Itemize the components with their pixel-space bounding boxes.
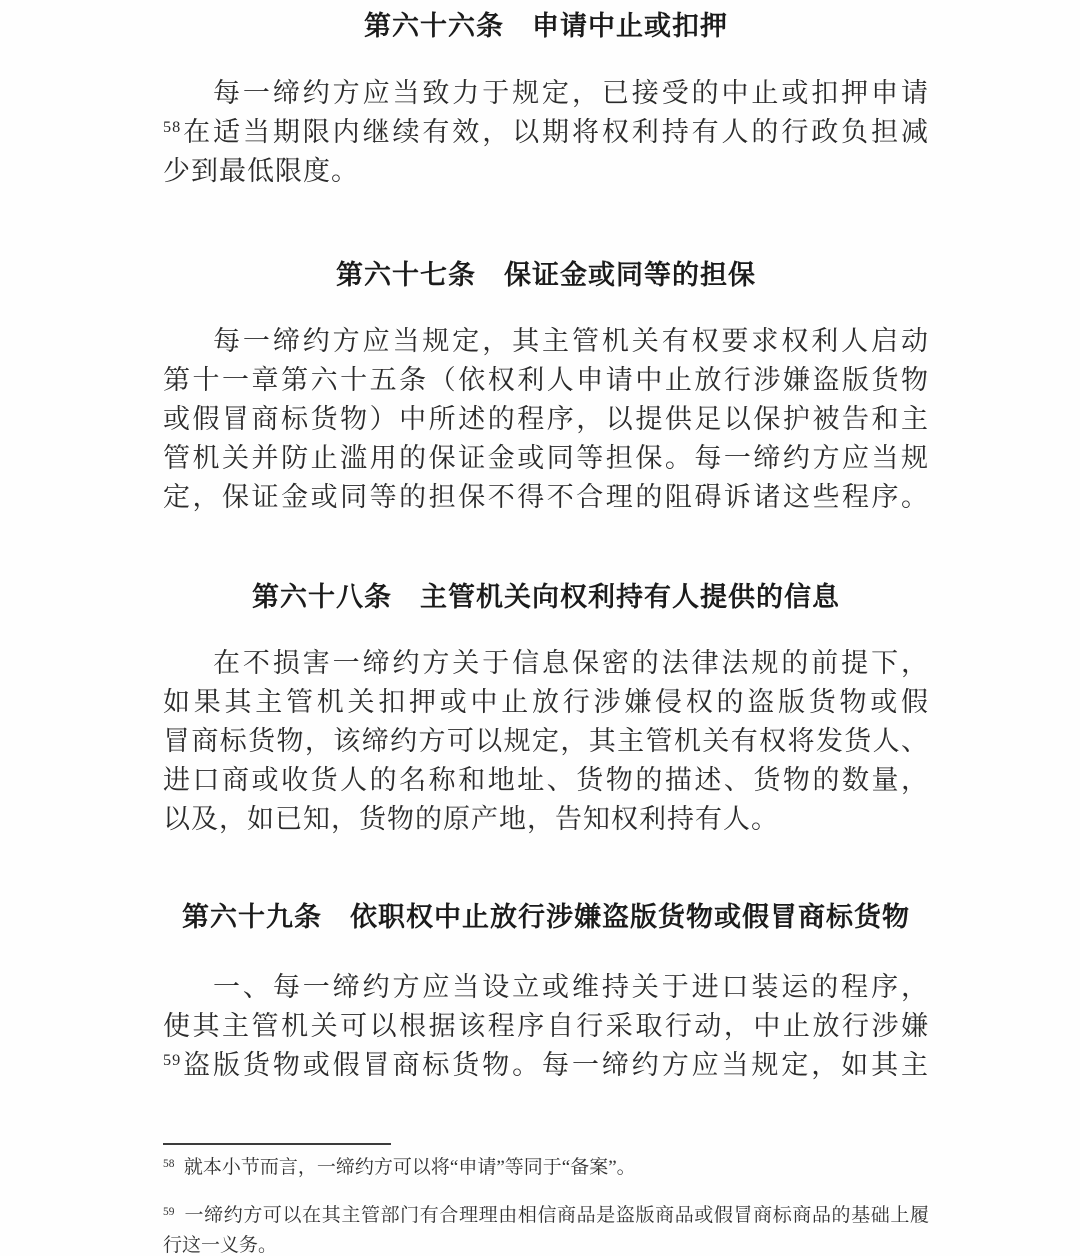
- text-line: 以及，如已知，货物的原产地，告知权利持有人。: [163, 800, 929, 839]
- article-66-paragraph: 每一缔约方应当致力于规定，已接受的中止或扣押申请58在适当期限内继续有效，以期将…: [163, 74, 929, 191]
- article-69-section: 第六十九条 依职权中止放行涉嫌盗版货物或假冒商标货物 一、每一缔约方应当设立或维…: [163, 897, 929, 1085]
- article-66-heading: 第六十六条 申请中止或扣押: [163, 6, 929, 46]
- text-line: 58在适当期限内继续有效，以期将权利持有人的行政负担减: [163, 113, 929, 152]
- article-66-section: 第六十六条 申请中止或扣押 每一缔约方应当致力于规定，已接受的中止或扣押申请58…: [163, 6, 929, 191]
- text-line: 第十一章第六十五条（依权利人申请中止放行涉嫌盗版货物: [163, 361, 929, 400]
- text-line: 行这一义务。: [163, 1231, 929, 1256]
- article-68-paragraph: 在不损害一缔约方关于信息保密的法律法规的前提下，如果其主管机关扣押或中止放行涉嫌…: [163, 644, 929, 839]
- text-line: 如果其主管机关扣押或中止放行涉嫌侵权的盗版货物或假: [163, 683, 929, 722]
- text-line: 少到最低限度。: [163, 152, 929, 191]
- text-line: 使其主管机关可以根据该程序自行采取行动，中止放行涉嫌: [163, 1007, 929, 1046]
- text-line: 管机关并防止滥用的保证金或同等担保。每一缔约方应当规: [163, 439, 929, 478]
- footnote-58: 58 就本小节而言，一缔约方可以将“申请”等同于“备案”。: [163, 1153, 929, 1183]
- footnote-59: 59 一缔约方可以在其主管部门有合理理由相信商品是盗版商品或假冒商标商品的基础上…: [163, 1201, 929, 1256]
- article-68-section: 第六十八条 主管机关向权利持有人提供的信息 在不损害一缔约方关于信息保密的法律法…: [163, 577, 929, 839]
- text-line: 一、每一缔约方应当设立或维持关于进口装运的程序，: [163, 968, 929, 1007]
- footnote-separator-rule: [163, 1143, 391, 1145]
- text-line: 59 一缔约方可以在其主管部门有合理理由相信商品是盗版商品或假冒商标商品的基础上…: [163, 1201, 929, 1231]
- article-69-heading: 第六十九条 依职权中止放行涉嫌盗版货物或假冒商标货物: [163, 897, 929, 937]
- article-68-heading: 第六十八条 主管机关向权利持有人提供的信息: [163, 577, 929, 617]
- text-line: 在不损害一缔约方关于信息保密的法律法规的前提下，: [163, 644, 929, 683]
- article-67-paragraph: 每一缔约方应当规定，其主管机关有权要求权利人启动第十一章第六十五条（依权利人申请…: [163, 322, 929, 517]
- footnote-ref: 59: [163, 1206, 174, 1218]
- text-line: 进口商或收货人的名称和地址、货物的描述、货物的数量，: [163, 761, 929, 800]
- text-line: 每一缔约方应当致力于规定，已接受的中止或扣押申请: [163, 74, 929, 113]
- text-line: 每一缔约方应当规定，其主管机关有权要求权利人启动: [163, 322, 929, 361]
- text-line: 58 就本小节而言，一缔约方可以将“申请”等同于“备案”。: [163, 1153, 929, 1183]
- article-67-heading: 第六十七条 保证金或同等的担保: [163, 255, 929, 295]
- footnotes-section: 58 就本小节而言，一缔约方可以将“申请”等同于“备案”。 59 一缔约方可以在…: [163, 1143, 929, 1256]
- article-67-section: 第六十七条 保证金或同等的担保 每一缔约方应当规定，其主管机关有权要求权利人启动…: [163, 255, 929, 517]
- footnote-ref: 58: [163, 118, 181, 136]
- text-line: 或假冒商标货物）中所述的程序，以提供足以保护被告和主: [163, 400, 929, 439]
- footnote-ref: 58: [163, 1158, 174, 1170]
- text-line: 冒商标货物，该缔约方可以规定，其主管机关有权将发货人、: [163, 722, 929, 761]
- text-line: 59盗版货物或假冒商标货物。每一缔约方应当规定，如其主: [163, 1046, 929, 1085]
- document-page: 第六十六条 申请中止或扣押 每一缔约方应当致力于规定，已接受的中止或扣押申请58…: [0, 0, 1080, 1256]
- document-content: 第六十六条 申请中止或扣押 每一缔约方应当致力于规定，已接受的中止或扣押申请58…: [163, 0, 929, 1256]
- text-line: 定，保证金或同等的担保不得不合理的阻碍诉诸这些程序。: [163, 478, 929, 517]
- footnote-ref: 59: [163, 1051, 181, 1069]
- article-69-paragraph: 一、每一缔约方应当设立或维持关于进口装运的程序，使其主管机关可以根据该程序自行采…: [163, 968, 929, 1085]
